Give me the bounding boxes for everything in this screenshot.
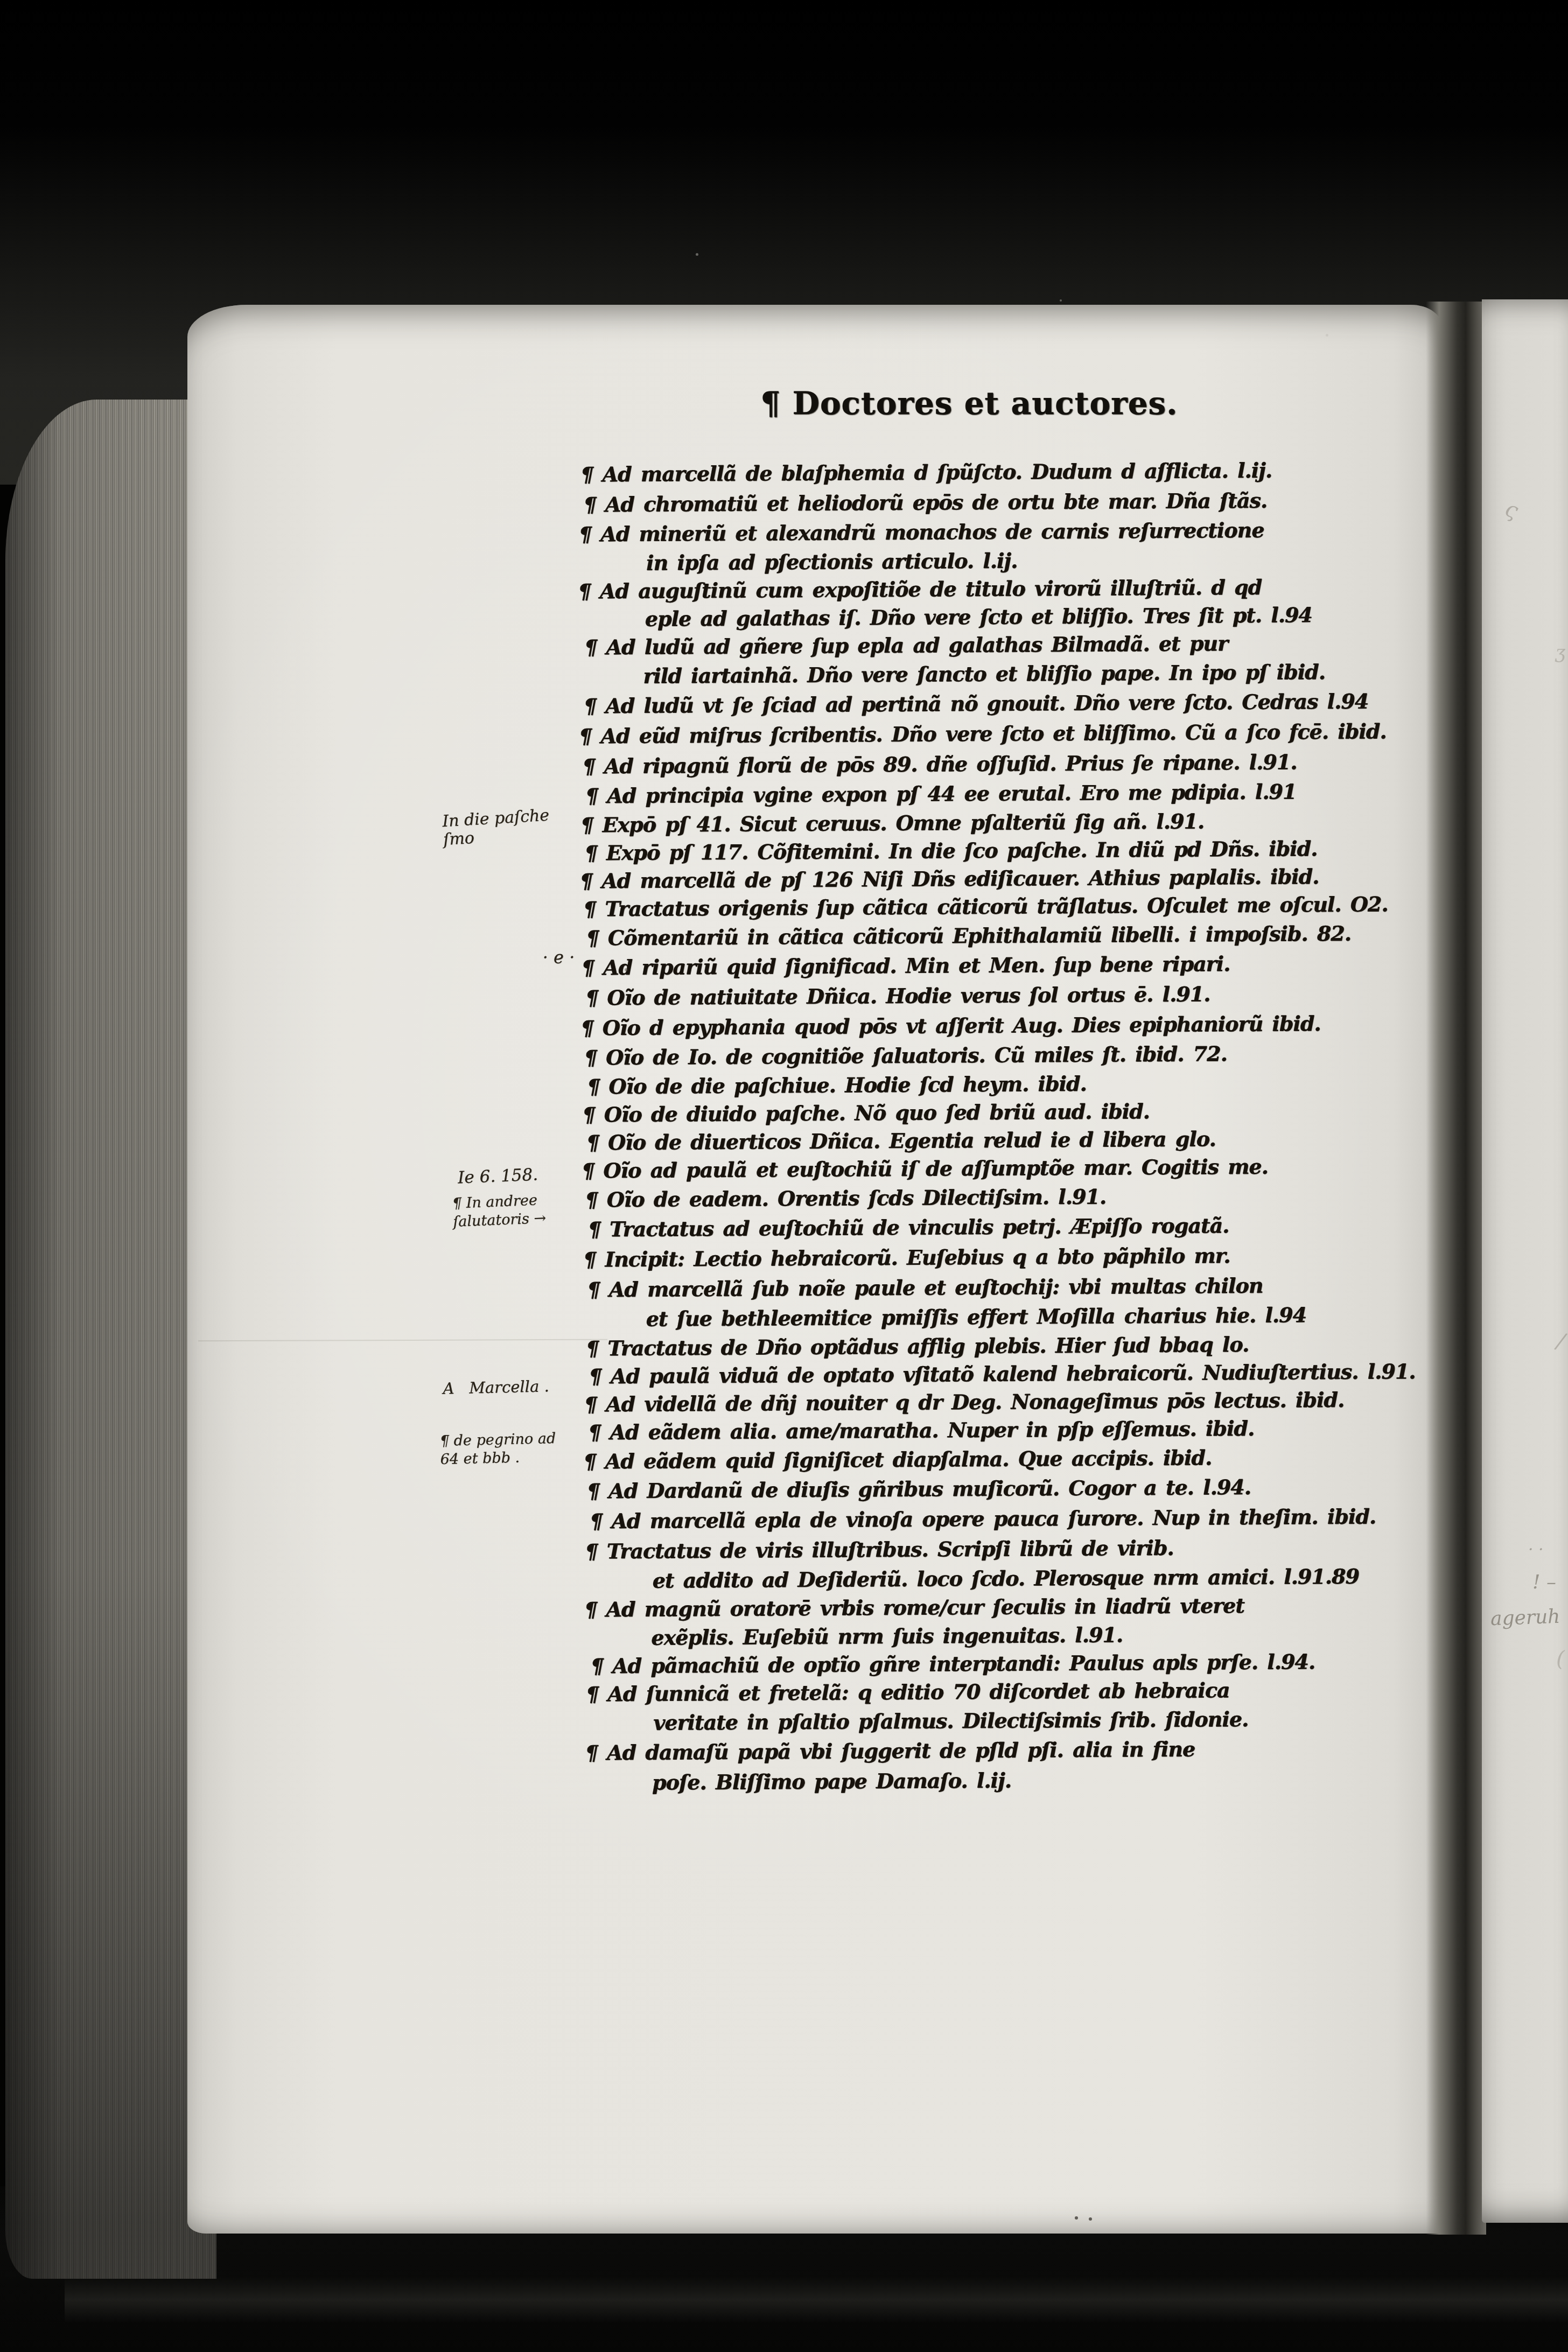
dust-speck — [625, 968, 628, 971]
continuation-line: rild iartainhã. Dño vere ſancto et bliſſ… — [643, 657, 1325, 691]
continuation-line: poſe. Bliſſimo pape Damaſo. l.ij. — [652, 1766, 1011, 1797]
dust-speck — [1075, 2216, 1078, 2220]
text-line: ¶ Ad eãdem alia. ame/maratha. Nuper in p… — [588, 1414, 1255, 1447]
continuation-line: et addito ad Deſideriũ. loco ſcdo. Plero… — [653, 1562, 1359, 1595]
text-line: ¶ Ad damaſũ papã vbi ſuggerit de pſld pſ… — [585, 1734, 1195, 1767]
text-line: ¶ Expō pſ 41. Sicut ceruus. Omne pſalter… — [580, 807, 1204, 839]
text-line: ¶ Tractatus ad euſtochiũ de vinculis pet… — [588, 1211, 1229, 1244]
text-line: ¶ Oĩo de eadem. Orentis ſcds Dilectiſsim… — [585, 1182, 1106, 1214]
page-heading: ¶ Doctores et auctores. — [538, 380, 1400, 430]
text-line: ¶ Ad mineriũ et alexandrũ monachos de ca… — [579, 516, 1264, 549]
text-line: ¶ Tractatus de viris illuſtribus. Scripſ… — [585, 1534, 1174, 1566]
text-line: ¶ Ad ludũ vt ſe ſciad ad pertinã nõ gnou… — [584, 687, 1369, 720]
text-line: ¶ Ad marcellã ſub noĩe paule et euſtochi… — [587, 1271, 1263, 1305]
text-line: ¶ Ad eũd miſrus ſcribentis. Dño vere ſct… — [579, 717, 1387, 751]
margin-note: A Marcella . — [443, 1377, 549, 1398]
margin-note: ¶ de pegrino ad 64 et bbb . — [439, 1430, 556, 1469]
continuation-line: exẽplis. Euſebiũ nrm ſuis ingenuitas. l.… — [651, 1620, 1123, 1652]
text-line: ¶ Oĩo de natiuitate Dñica. Hodie verus ſ… — [585, 979, 1210, 1012]
text-line: ¶ Oĩo de diuido paſche. Nõ quo ſed briũ … — [582, 1097, 1150, 1129]
text-line: ¶ Ad ripariũ quid ſignificad. Min et Men… — [582, 949, 1230, 982]
text-line: ¶ Cõmentariũ in cãtica cãticorũ Ephithal… — [586, 919, 1351, 953]
continuation-line: in ipſa ad pſectionis articulo. l.ij. — [646, 546, 1018, 577]
text-line: ¶ Ad chromatiũ et heliodorũ epōs de ortu… — [583, 486, 1267, 520]
text-line: ¶ Ad ſunnicã et fretelã: q editio 70 diſ… — [586, 1676, 1230, 1709]
text-line: ¶ Ad eãdem quid ſigniſicet diapſalma. Qu… — [583, 1443, 1212, 1476]
text-line: ¶ Ad marcellã de blaſphemia d ſpũſcto. D… — [580, 456, 1272, 489]
text-line: ¶ Ad marcellã epla de vinoſa opere pauca… — [590, 1502, 1376, 1536]
ghost-ink-fragment: ageruh — [1490, 1606, 1560, 1630]
dust-speck — [1060, 299, 1062, 302]
continuation-line: et ſue bethleemitice pmiſſis effert Moſi… — [646, 1300, 1307, 1333]
ghost-ink-fragment: · · — [1528, 1540, 1544, 1559]
text-line: ¶ Ad ripagnũ florũ de pōs 89. dñe oſſuſi… — [582, 747, 1297, 781]
margin-note: In die paſche ſmo — [442, 807, 551, 850]
text-line: ¶ Oĩo ad paulã et euſtochiũ iſ de aſſump… — [582, 1152, 1268, 1186]
text-line: ¶ Oĩo d epyphania quod pōs vt aſſerit Au… — [580, 1009, 1321, 1042]
photograph-of-open-book: ¶ Doctores et auctores. ¶ Ad marcellã de… — [0, 0, 1568, 2352]
margin-note: · e · — [543, 948, 575, 966]
ghost-ink-fragment: ( — [1556, 1647, 1565, 1671]
margin-note: ¶ In andree ſalutatoris → — [452, 1191, 546, 1231]
text-line: ¶ Ad magnũ oratorē vrbis rome/cur ſeculi… — [584, 1591, 1244, 1624]
dust-speck — [696, 253, 698, 256]
continuation-line: veritate in pſaltio pſalmus. Dilectiſsim… — [653, 1705, 1248, 1738]
ghost-ink-fragment: ʒ — [1555, 642, 1565, 663]
text-line: ¶ Oĩo de Io. de cognitiõe ſaluatoris. Cũ… — [584, 1039, 1227, 1072]
index-text-block: ¶ Ad marcellã de blaſphemia d ſpũſcto. D… — [0, 454, 1568, 1831]
text-line: ¶ Tractatus origenis ſup cãtica cãticorũ… — [583, 890, 1388, 923]
text-line: ¶ Incipit: Lectio hebraicorũ. Euſebius q… — [583, 1241, 1230, 1274]
text-line: ¶ Ad ludũ ad gñere ſup epla ad galathas … — [584, 629, 1228, 662]
text-line: ¶ Oĩo de diuerticos Dñica. Egentia relud… — [586, 1124, 1216, 1157]
dust-speck — [1326, 334, 1328, 337]
margin-note: Ie 6. 158. — [458, 1165, 538, 1187]
text-line: ¶ Ad Dardanũ de diuſis gñribus muſicorũ.… — [587, 1473, 1251, 1506]
dust-speck — [1089, 2217, 1092, 2221]
text-line: ¶ Ad principia vgine expon pſ 44 ee erut… — [585, 777, 1297, 810]
photo-background-reflection — [65, 2277, 1568, 2323]
text-line: ¶ Oĩo de die paſchiue. Hodie ſcd heym. i… — [587, 1069, 1087, 1102]
ghost-ink-fragment: ! – — [1532, 1571, 1556, 1593]
